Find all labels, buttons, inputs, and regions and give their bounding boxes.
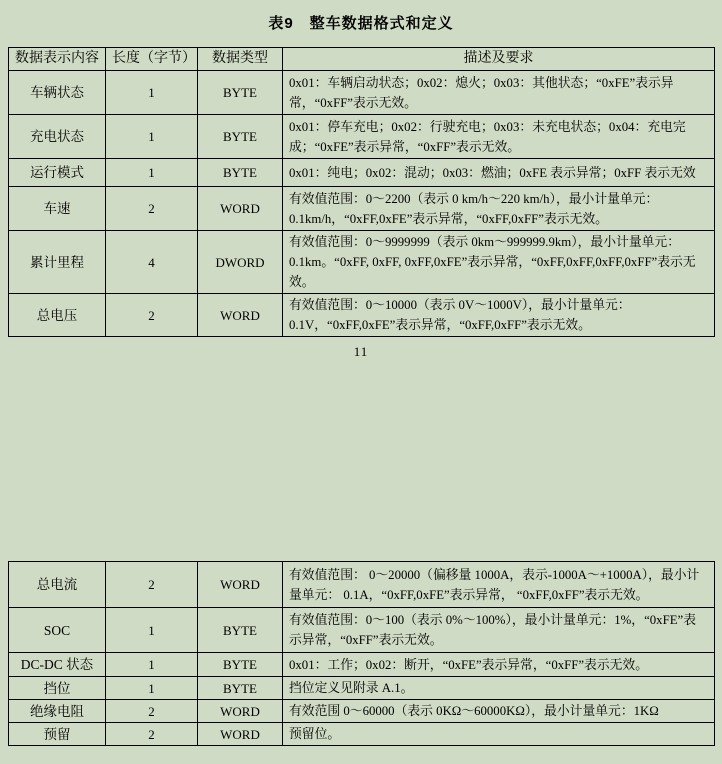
table-header-row: 数据表示内容 长度（字节） 数据类型 描述及要求: [9, 48, 715, 71]
type-cell: WORD: [198, 294, 283, 337]
description-cell: 0x01：工作；0x02：断开，“0xFE”表示异常，“0xFF”表示无效。: [283, 653, 715, 677]
type-cell: WORD: [198, 562, 283, 608]
description-cell: 有效值范围： 0～20000（偏移量 1000A，表示-1000A～+1000A…: [283, 562, 715, 608]
data-content-cell: 车速: [9, 187, 106, 231]
description-cell: 有效值范围：0～2200（表示 0 km/h～220 km/h），最小计量单元：…: [283, 187, 715, 231]
table-row: 运行模式1BYTE0x01：纯电；0x02：混动；0x03：燃油；0xFE 表示…: [9, 159, 715, 187]
data-content-cell: DC-DC 状态: [9, 653, 106, 677]
description-cell: 0x01：车辆启动状态；0x02：熄火；0x03：其他状态；“0xFE”表示异常…: [283, 71, 715, 115]
description-cell: 预留位。: [283, 723, 715, 746]
description-cell: 有效值范围：0～9999999（表示 0km～999999.9km），最小计量单…: [283, 231, 715, 294]
type-cell: DWORD: [198, 231, 283, 294]
data-content-cell: 绝缘电阻: [9, 700, 106, 723]
table-row: 总电流2WORD有效值范围： 0～20000（偏移量 1000A，表示-1000…: [9, 562, 715, 608]
column-header-type: 数据类型: [198, 48, 283, 71]
length-cell: 1: [106, 653, 198, 677]
table-row: 充电状态1BYTE0x01：停车充电；0x02：行驶充电；0x03：未充电状态；…: [9, 115, 715, 159]
description-cell: 有效范围 0～60000（表示 0KΩ～60000KΩ），最小计量单元：1KΩ: [283, 700, 715, 723]
type-cell: BYTE: [198, 159, 283, 187]
length-cell: 1: [106, 677, 198, 700]
length-cell: 2: [106, 723, 198, 746]
description-cell: 0x01：纯电；0x02：混动；0x03：燃油；0xFE 表示异常；0xFF 表…: [283, 159, 715, 187]
data-content-cell: 充电状态: [9, 115, 106, 159]
data-content-cell: SOC: [9, 608, 106, 653]
data-content-cell: 挡位: [9, 677, 106, 700]
page-number: 11: [0, 344, 722, 360]
length-cell: 2: [106, 187, 198, 231]
length-cell: 1: [106, 159, 198, 187]
description-cell: 挡位定义见附录 A.1。: [283, 677, 715, 700]
type-cell: WORD: [198, 700, 283, 723]
type-cell: BYTE: [198, 608, 283, 653]
length-cell: 2: [106, 562, 198, 608]
table-row: 车速2WORD有效值范围：0～2200（表示 0 km/h～220 km/h），…: [9, 187, 715, 231]
length-cell: 2: [106, 700, 198, 723]
data-content-cell: 累计里程: [9, 231, 106, 294]
table-row: 预留2WORD预留位。: [9, 723, 715, 746]
data-content-cell: 预留: [9, 723, 106, 746]
table-row: 累计里程4DWORD有效值范围：0～9999999（表示 0km～999999.…: [9, 231, 715, 294]
table-title: 表9 整车数据格式和定义: [0, 12, 722, 33]
data-content-cell: 车辆状态: [9, 71, 106, 115]
table-row: 车辆状态1BYTE0x01：车辆启动状态；0x02：熄火；0x03：其他状态；“…: [9, 71, 715, 115]
data-content-cell: 运行模式: [9, 159, 106, 187]
document-page: 表9 整车数据格式和定义 数据表示内容 长度（字节） 数据类型 描述及要求 车辆…: [0, 0, 722, 764]
column-header-description: 描述及要求: [283, 48, 715, 71]
length-cell: 1: [106, 71, 198, 115]
description-cell: 有效值范围：0～100（表示 0%～100%），最小计量单元：1%，“0xFE”…: [283, 608, 715, 653]
type-cell: WORD: [198, 723, 283, 746]
length-cell: 1: [106, 608, 198, 653]
data-content-cell: 总电压: [9, 294, 106, 337]
description-cell: 0x01：停车充电；0x02：行驶充电；0x03：未充电状态；0x04：充电完成…: [283, 115, 715, 159]
column-header-length: 长度（字节）: [106, 48, 198, 71]
description-cell: 有效值范围：0～10000（表示 0V～1000V），最小计量单元：0.1V，“…: [283, 294, 715, 337]
table-row: 绝缘电阻2WORD有效范围 0～60000（表示 0KΩ～60000KΩ），最小…: [9, 700, 715, 723]
type-cell: BYTE: [198, 115, 283, 159]
table-row: DC-DC 状态1BYTE0x01：工作；0x02：断开，“0xFE”表示异常，…: [9, 653, 715, 677]
type-cell: BYTE: [198, 653, 283, 677]
type-cell: BYTE: [198, 677, 283, 700]
vehicle-data-table-continued: 总电流2WORD有效值范围： 0～20000（偏移量 1000A，表示-1000…: [8, 561, 715, 746]
type-cell: WORD: [198, 187, 283, 231]
length-cell: 4: [106, 231, 198, 294]
length-cell: 1: [106, 115, 198, 159]
length-cell: 2: [106, 294, 198, 337]
column-header-content: 数据表示内容: [9, 48, 106, 71]
table-row: SOC1BYTE有效值范围：0～100（表示 0%～100%），最小计量单元：1…: [9, 608, 715, 653]
vehicle-data-table-top: 数据表示内容 长度（字节） 数据类型 描述及要求 车辆状态1BYTE0x01：车…: [8, 47, 715, 337]
table-row: 挡位1BYTE挡位定义见附录 A.1。: [9, 677, 715, 700]
data-content-cell: 总电流: [9, 562, 106, 608]
type-cell: BYTE: [198, 71, 283, 115]
table-row: 总电压2WORD有效值范围：0～10000（表示 0V～1000V），最小计量单…: [9, 294, 715, 337]
